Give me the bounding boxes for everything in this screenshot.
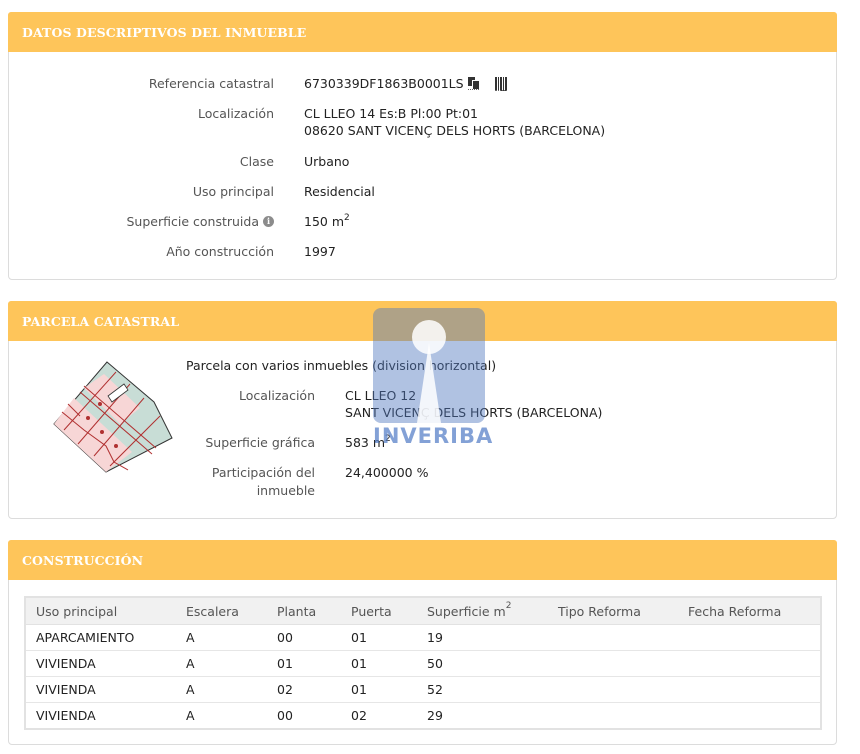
participacion-label: Participación del inmueble xyxy=(212,464,315,500)
cell-planta: 01 xyxy=(267,651,341,677)
cell-planta: 00 xyxy=(267,625,341,651)
anio-construccion-value: 1997 xyxy=(304,243,336,260)
construccion-header: CONSTRUCCIÓN xyxy=(8,540,837,580)
clase-label: Clase xyxy=(240,154,274,169)
superficie-grafica-sup: 2 xyxy=(385,434,391,444)
datos-descriptivos-header: DATOS DESCRIPTIVOS DEL INMUEBLE xyxy=(8,12,837,52)
cell-puerta: 01 xyxy=(341,625,417,651)
superficie-construida-sup: 2 xyxy=(344,213,350,223)
cell-fecha-reforma xyxy=(678,625,821,651)
cell-superficie: 50 xyxy=(417,651,548,677)
barcode-icon[interactable] xyxy=(495,77,507,91)
table-row: VIVIENDA A 02 01 52 xyxy=(25,677,821,703)
localizacion-line1: CL LLEO 14 Es:B Pl:00 Pt:01 xyxy=(304,105,605,122)
clase-value: Urbano xyxy=(304,153,349,170)
parcela-catastral-header: PARCELA CATASTRAL xyxy=(8,301,837,341)
parcela-localizacion-line2: SANT VICENÇ DELS HORTS (BARCELONA) xyxy=(345,404,602,421)
cell-fecha-reforma xyxy=(678,677,821,703)
cell-tipo-reforma xyxy=(548,651,678,677)
cell-puerta: 01 xyxy=(341,651,417,677)
col-superficie-sup: 2 xyxy=(506,601,512,611)
cell-superficie: 29 xyxy=(417,703,548,730)
cell-superficie: 19 xyxy=(417,625,548,651)
superficie-grafica-label: Superficie gráfica xyxy=(205,435,315,450)
referencia-label: Referencia catastral xyxy=(149,76,274,91)
cell-uso: VIVIENDA xyxy=(25,651,176,677)
col-planta: Planta xyxy=(267,597,341,625)
cell-tipo-reforma xyxy=(548,703,678,730)
construccion-table: Uso principal Escalera Planta Puerta Sup… xyxy=(24,596,822,730)
participacion-label-line1: Participación del xyxy=(212,464,315,482)
cell-escalera: A xyxy=(176,651,267,677)
col-superficie: Superficie m2 xyxy=(417,597,548,625)
superficie-construida-number: 150 m xyxy=(304,214,344,229)
col-fecha-reforma: Fecha Reforma xyxy=(678,597,821,625)
cell-puerta: 02 xyxy=(341,703,417,730)
parcela-localizacion-label: Localización xyxy=(239,388,315,403)
col-superficie-text: Superficie m xyxy=(427,604,506,619)
cell-tipo-reforma xyxy=(548,625,678,651)
participacion-label-line2: inmueble xyxy=(212,482,315,500)
table-header-row: Uso principal Escalera Planta Puerta Sup… xyxy=(25,597,821,625)
col-escalera: Escalera xyxy=(176,597,267,625)
cell-uso: VIVIENDA xyxy=(25,677,176,703)
superficie-construida-value: 150 m2 xyxy=(304,213,350,230)
col-uso-principal: Uso principal xyxy=(25,597,176,625)
superficie-grafica-number: 583 m xyxy=(345,435,385,450)
table-row: VIVIENDA A 01 01 50 xyxy=(25,651,821,677)
cell-tipo-reforma xyxy=(548,677,678,703)
cell-puerta: 01 xyxy=(341,677,417,703)
parcela-localizacion-value: CL LLEO 12 SANT VICENÇ DELS HORTS (BARCE… xyxy=(345,387,602,421)
localizacion-value: CL LLEO 14 Es:B Pl:00 Pt:01 08620 SANT V… xyxy=(304,105,605,139)
parcel-map-image[interactable] xyxy=(44,358,176,476)
cell-superficie: 52 xyxy=(417,677,548,703)
cell-planta: 02 xyxy=(267,677,341,703)
cell-fecha-reforma xyxy=(678,703,821,730)
copy-icon[interactable] xyxy=(468,77,479,90)
table-row: VIVIENDA A 00 02 29 xyxy=(25,703,821,730)
uso-principal-value: Residencial xyxy=(304,183,375,200)
referencia-text: 6730339DF1863B0001LS xyxy=(304,76,464,91)
cell-planta: 00 xyxy=(267,703,341,730)
cell-fecha-reforma xyxy=(678,651,821,677)
uso-principal-label: Uso principal xyxy=(193,184,274,199)
table-row: APARCAMIENTO A 00 01 19 xyxy=(25,625,821,651)
participacion-value: 24,400000 % xyxy=(345,464,428,481)
superficie-grafica-value: 583 m2 xyxy=(345,434,391,451)
col-puerta: Puerta xyxy=(341,597,417,625)
localizacion-label: Localización xyxy=(198,106,274,121)
datos-descriptivos-panel: DATOS DESCRIPTIVOS DEL INMUEBLE xyxy=(8,12,837,280)
superficie-construida-text: Superficie construida xyxy=(127,214,260,229)
parcela-localizacion-line1: CL LLEO 12 xyxy=(345,387,602,404)
parcela-description: Parcela con varios inmuebles (division h… xyxy=(186,357,496,374)
referencia-value: 6730339DF1863B0001LS xyxy=(304,75,507,92)
superficie-construida-label: Superficie construidai xyxy=(127,214,275,229)
localizacion-line2: 08620 SANT VICENÇ DELS HORTS (BARCELONA) xyxy=(304,122,605,139)
cell-escalera: A xyxy=(176,625,267,651)
cell-escalera: A xyxy=(176,703,267,730)
anio-construccion-label: Año construcción xyxy=(166,244,274,259)
info-icon[interactable]: i xyxy=(263,216,274,227)
col-tipo-reforma: Tipo Reforma xyxy=(548,597,678,625)
cell-uso: VIVIENDA xyxy=(25,703,176,730)
cell-escalera: A xyxy=(176,677,267,703)
cell-uso: APARCAMIENTO xyxy=(25,625,176,651)
